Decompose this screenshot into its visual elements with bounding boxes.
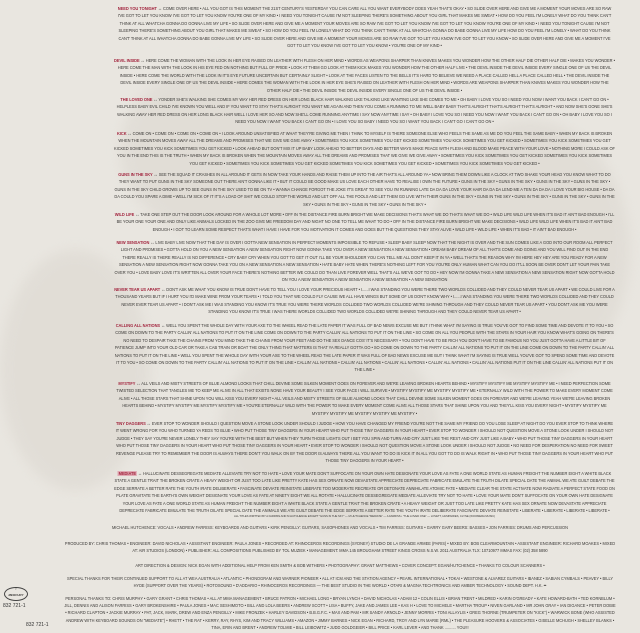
song-new-sensation: NEW SENSATION ↔ LIVE BABY LIVE NOW THAT … (114, 239, 615, 283)
song-guns-in-the-sky: GUNS IN THE SKY ↔ SEE THE SQUAD IT CRASH… (114, 171, 615, 208)
song-wild-life: WILD LIFE ↔ TAKE ONE STEP OUT THE DOOR L… (114, 211, 615, 233)
song-title: MEDIATE (118, 471, 137, 476)
art-credits: ART DIRECTION & DESIGN: NICK EGAN WITH A… (64, 562, 616, 569)
song-title: GUNS IN THE SKY (118, 172, 152, 177)
song-lyrics: DON'T ASK ME WHAT YOU KNOW IS TRUE DON'T… (115, 287, 615, 314)
song-tiny-daggers: TINY DAGGERS ↔ EVER STOP TO WONDER SHOUL… (114, 420, 615, 464)
song-title: NEVER TEAR US APART (114, 287, 160, 292)
song-lyrics: WELL YOU SPENT THE WHOLE DAY WITH YOUR A… (115, 323, 615, 372)
song-lyrics: HERE COME THE WOMAN WITH THE LOOK IN HER… (118, 58, 615, 93)
lyric-sheet: NEED YOU TONIGHT ↔ COME OVER HERE • ALL … (0, 0, 640, 633)
song-title: NEW SENSATION (116, 240, 149, 245)
production-credits: PRODUCED BY: CHRIS THOMAS • ENGINEER: DA… (64, 540, 616, 554)
song-lyrics: COME ON • COME ON • COME ON • COME ON • … (114, 131, 615, 166)
special-thanks: SPECIAL THANKS FOR THEIR CONTINUED SUPPO… (64, 575, 616, 589)
song-calling-all-nations: CALLING ALL NATIONS ↔ WELL YOU SPENT THE… (114, 322, 615, 374)
song-lyrics: EVER STOP TO WONDER SHOULD I QUESTION MO… (116, 421, 614, 463)
song-title: THE LOVED ONE (120, 97, 152, 102)
song-lyrics: SEE THE SQUAD IT CRASHES IN ALL AROUND I… (114, 172, 614, 207)
song-title: WILD LIFE (115, 212, 135, 217)
catalog-number: 832 721-1 (26, 622, 49, 628)
song-title: NEED YOU TONIGHT (118, 6, 157, 11)
song-lyrics: LIVE BABY LIVE NOW THAT THE DAY IS OVER … (115, 240, 615, 282)
song-mediate: MEDIATE ↔ HALLUCINATE DESSEGREGATE MEDIA… (114, 470, 615, 518)
song-title: DEVIL INSIDE (114, 58, 140, 63)
song-kick: KICK ↔ COME ON • COME ON • COME ON • COM… (114, 130, 615, 167)
song-mystify: MYSTIFY ↔ ALL VEILS AND MISTY STREETS OF… (114, 380, 615, 417)
song-title: MYSTIFY (118, 381, 135, 386)
song-lyrics: TAKE ONE STEP OUT THE DOOR LOOK AROUND F… (117, 212, 615, 232)
song-lyrics: HALLUCINATE DESSEGREGATE MEDIATE ALLEVIA… (114, 471, 615, 513)
song-title: CALLING ALL NATIONS (116, 323, 160, 328)
catalog-number: 832 721-1 (3, 603, 26, 609)
writing-credit: ALL TITLES WRITTEN BY A FARRISS AND M HU… (114, 514, 615, 518)
song-lyrics: COME OVER HERE • ALL YOU GOT IS THIS MOM… (118, 6, 612, 48)
song-lyrics: ALL VEILS AND MISTY STREETS OF BLUE ALMO… (116, 381, 612, 416)
song-never-tear-us-apart: NEVER TEAR US APART ↔ DON'T ASK ME WHAT … (114, 286, 615, 316)
mercury-logo: ☿ MERCURY (4, 587, 28, 601)
song-devil-inside: DEVIL INSIDE ↔ HERE COME THE WOMAN WITH … (114, 57, 615, 94)
song-title: KICK (117, 131, 127, 136)
mercury-symbol-icon: ☿ (14, 587, 17, 591)
personal-thanks: PERSONAL THANKS TO: CHRIS MURPHY • GARY … (64, 595, 616, 631)
song-need-you-tonight: NEED YOU TONIGHT ↔ COME OVER HERE • ALL … (114, 5, 615, 49)
song-lyrics: YONDER SHE'S WALKING SHE COMES MY WAY HE… (117, 97, 613, 124)
label-name: MERCURY (8, 593, 23, 597)
song-title: TINY DAGGERS (116, 421, 146, 426)
personnel-credits: MICHAEL HUTCHENCE: VOCALS • ANDREW FARRI… (64, 524, 616, 531)
song-the-loved-one: THE LOVED ONE ↔ YONDER SHE'S WALKING SHE… (114, 96, 615, 126)
